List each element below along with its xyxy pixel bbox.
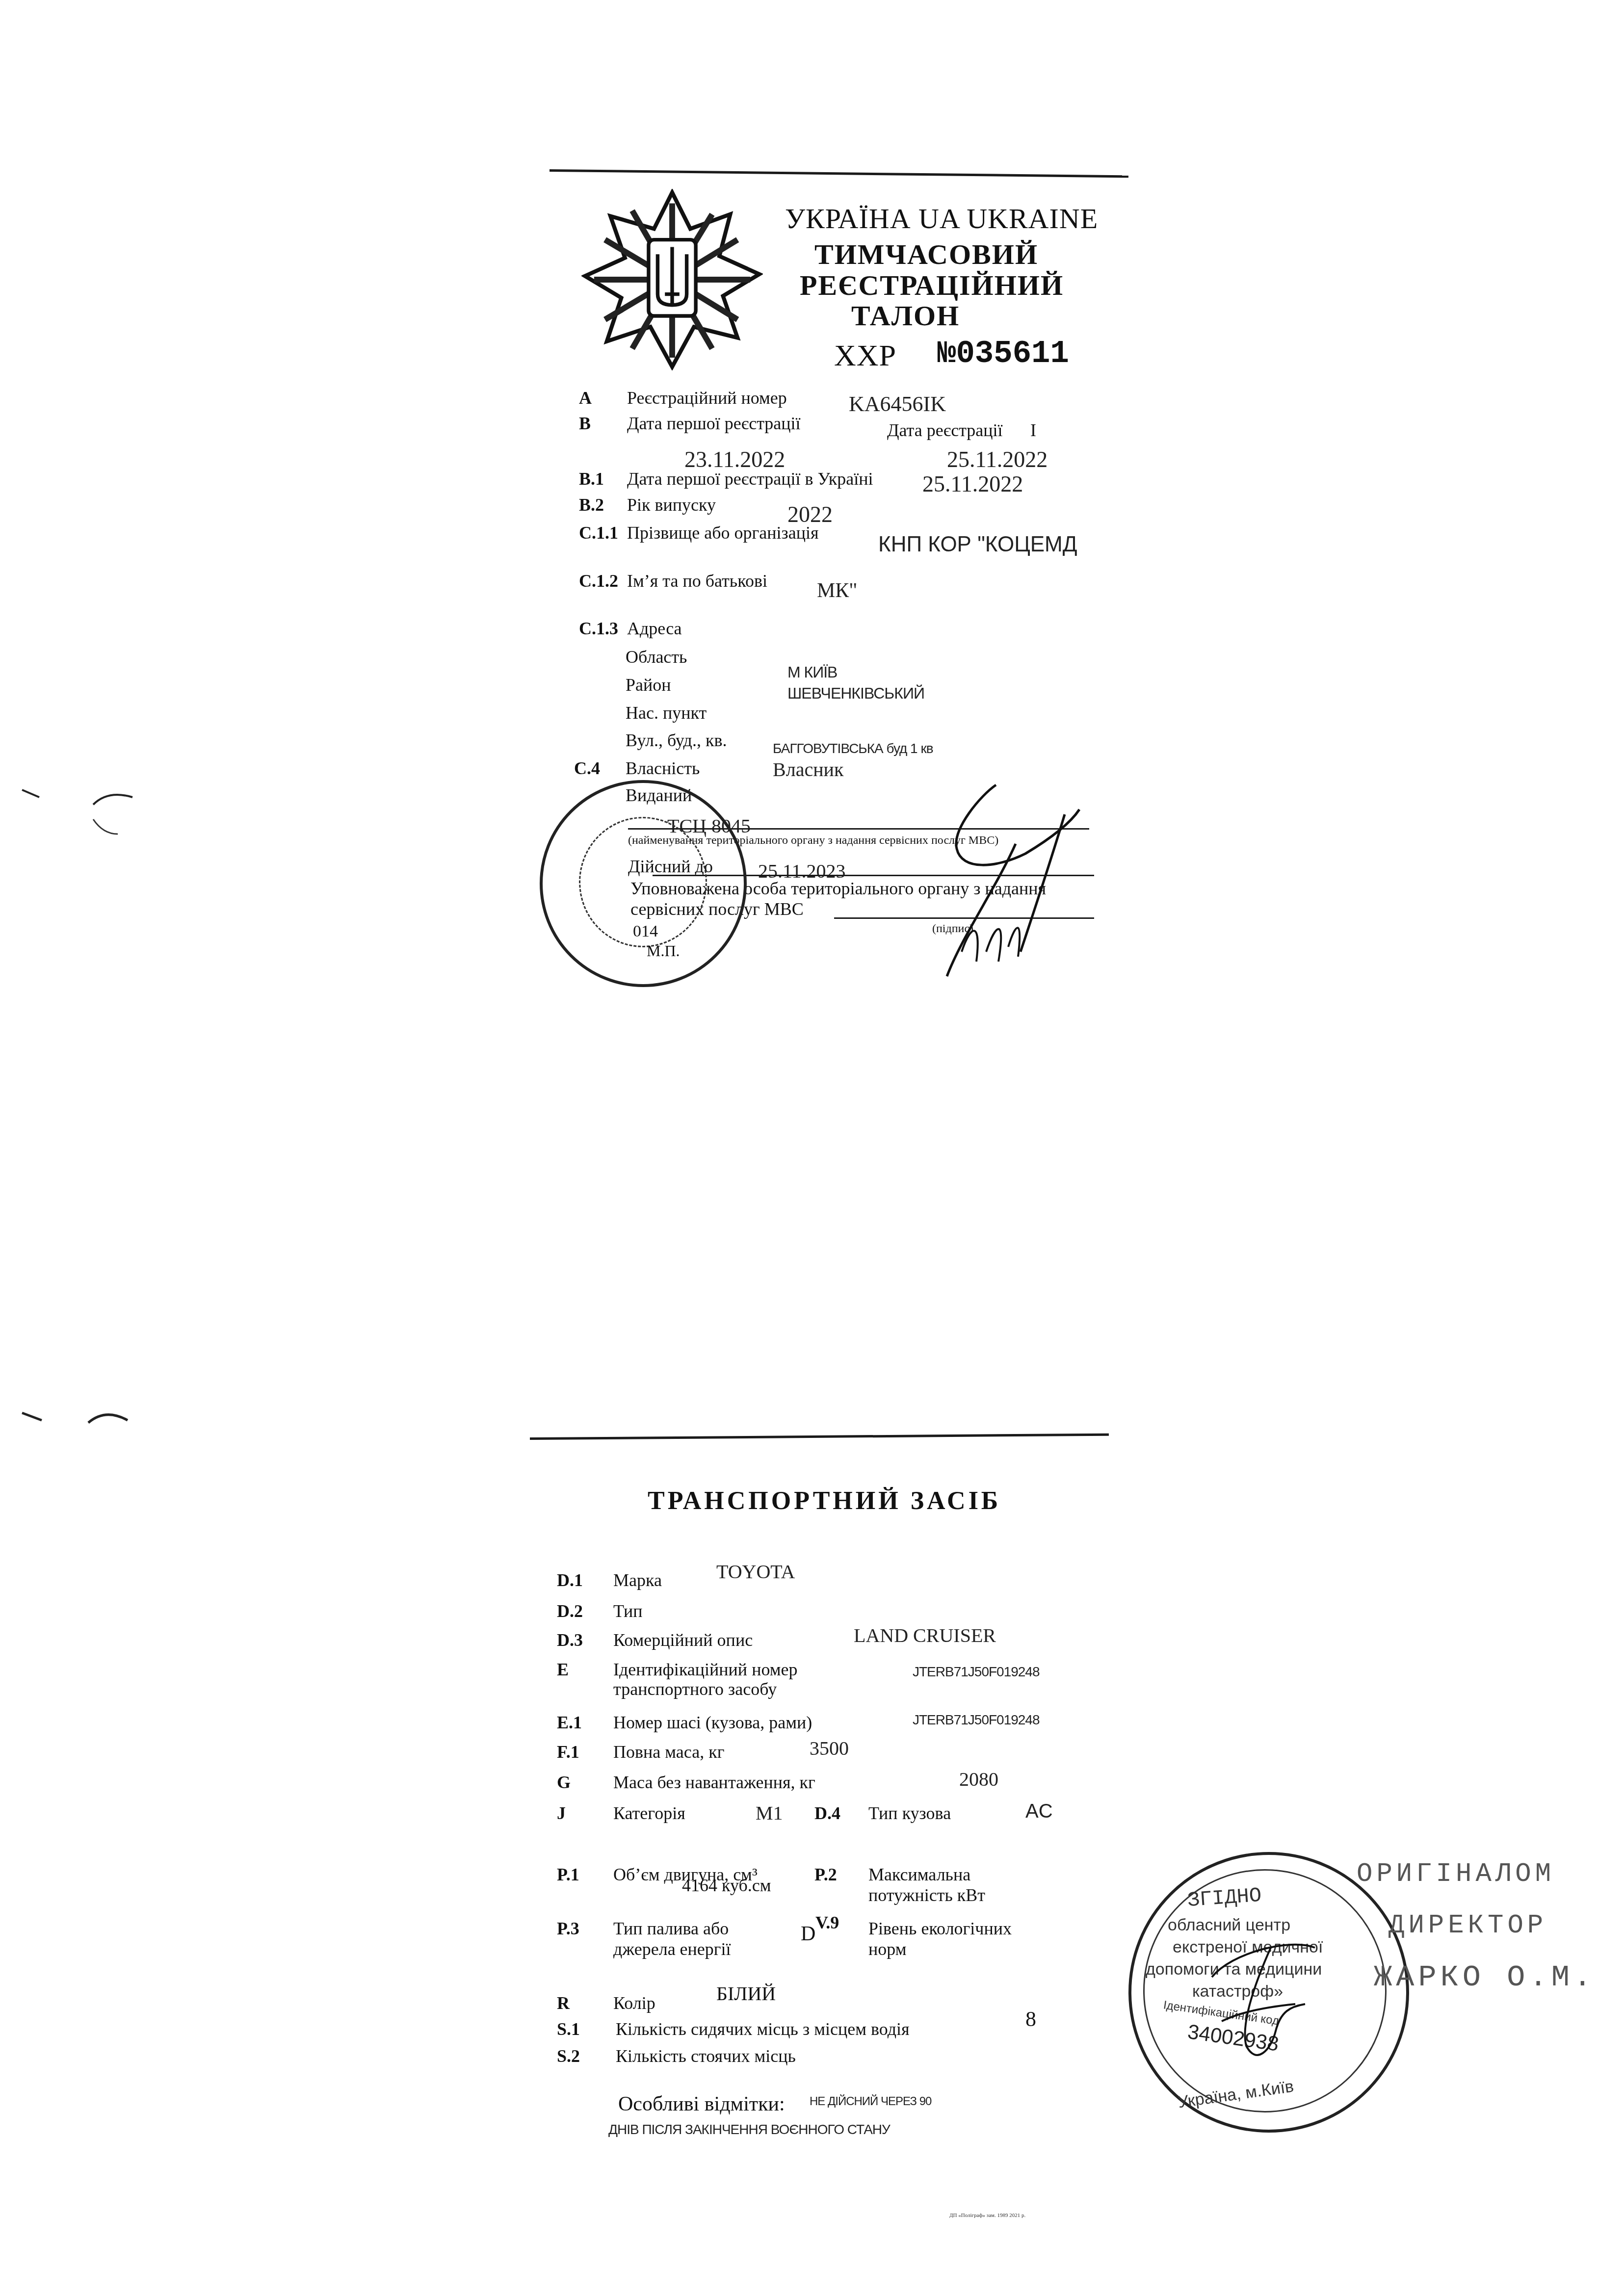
field-code: P.2 — [814, 1864, 837, 1885]
vehicle-make: TOYOTA — [716, 1560, 795, 1583]
field-label-2: Дата реєстрації — [887, 420, 1003, 441]
ownership-type: Власник — [773, 758, 843, 781]
registration-date: 25.11.2022 — [947, 446, 1048, 472]
address-street: БАГГОВУТІВСЬКА буд 1 кв — [773, 741, 933, 756]
field-code: B.2 — [579, 495, 604, 515]
gross-mass: 3500 — [810, 1737, 849, 1760]
certification-name-text: ЖАРКО О.М. — [1374, 1960, 1596, 1995]
first-registration-ukraine-date: 25.11.2022 — [922, 471, 1023, 497]
field-label: Реєстраційний номер — [627, 388, 787, 408]
owner-organization: КНП КОР "КОЦЕМД — [878, 532, 1077, 557]
middle-divider — [530, 1434, 1109, 1440]
title-line-1: ТИМЧАСОВИЙ — [814, 238, 1038, 271]
field-label: Дата першої реєстрації — [627, 413, 801, 434]
field-code: E — [557, 1659, 569, 1680]
certification-director-text: ДИРЕКТОР — [1388, 1911, 1547, 1941]
field-code: S.2 — [557, 2046, 580, 2066]
field-code: J — [557, 1803, 566, 1824]
vehicle-model: LAND CRUISER — [854, 1624, 996, 1647]
address-city: М КИЇВ — [787, 663, 837, 681]
seat-count: 8 — [1025, 2007, 1036, 2032]
curb-mass: 2080 — [959, 1768, 998, 1791]
field-label: Максимальна — [868, 1864, 970, 1885]
chassis-number: JTERB71J50F019248 — [913, 1712, 1040, 1728]
certification-original-text: ОРИГІНАЛОМ — [1357, 1859, 1555, 1889]
field-label: Номер шасі (кузова, рами) — [613, 1712, 812, 1733]
special-marks-label: Особливі відмітки: — [618, 2092, 785, 2116]
field-label: Повна маса, кг — [613, 1742, 724, 1762]
field-label: Тип — [613, 1601, 643, 1621]
fuel-type: D — [801, 1922, 815, 1946]
field-label: Колір — [613, 1993, 655, 2013]
field-code: B.1 — [579, 469, 604, 489]
document-series: ХХР — [834, 339, 896, 373]
field-label: Тип кузова — [868, 1803, 951, 1824]
vehicle-category: M1 — [756, 1801, 783, 1825]
field-label-line2: джерела енергії — [613, 1939, 731, 1959]
field-code: D.3 — [557, 1630, 583, 1650]
field-label: Рік випуску — [627, 495, 716, 515]
engine-volume: 4164 куб.см — [682, 1875, 771, 1896]
field-label: Кількість сидячих місць з місцем водія — [616, 2019, 910, 2039]
field-code: G — [557, 1772, 571, 1793]
field-code: V.9 — [815, 1912, 839, 1933]
field-code: C.1.2 — [579, 571, 618, 591]
field-label: Адреса — [627, 618, 682, 639]
field-code: C.1.1 — [579, 522, 618, 543]
field-label: Рівень екологічних — [868, 1918, 1012, 1939]
field-label-2-suffix: I — [1030, 420, 1036, 441]
trident-emblem-icon — [581, 189, 763, 370]
field-label: Маса без навантаження, кг — [613, 1772, 815, 1793]
vehicle-color: БІЛИЙ — [716, 1982, 776, 2005]
printer-note: ДП «Поліграф» зам. 1989 2021 р. — [949, 2213, 1025, 2218]
field-label: Власність — [626, 758, 700, 779]
field-label-street: Вул., буд., кв. — [626, 730, 727, 751]
field-code: C.4 — [574, 758, 600, 779]
field-label-line2: норм — [868, 1939, 907, 1959]
punch-mark — [20, 1408, 147, 1437]
body-type: AC — [1025, 1800, 1053, 1823]
owner-name: МК" — [817, 579, 858, 602]
field-label: Прізвище або організація — [627, 522, 819, 543]
field-code: D.2 — [557, 1601, 583, 1621]
top-divider — [550, 169, 1128, 178]
signature — [834, 775, 1109, 981]
address-district: ШЕВЧЕНКІВСЬКИЙ — [787, 684, 924, 703]
field-code: D.1 — [557, 1570, 583, 1590]
field-code: D.4 — [814, 1803, 840, 1824]
field-label-settlement: Нас. пункт — [626, 703, 707, 723]
field-code: P.3 — [557, 1918, 579, 1939]
field-label: Марка — [613, 1570, 662, 1590]
field-code: C.1.3 — [579, 618, 618, 639]
field-label: Дата першої реєстрації в Україні — [627, 469, 873, 489]
field-code: B — [579, 413, 591, 434]
vehicle-section-title: ТРАНСПОРТНИЙ ЗАСІБ — [648, 1486, 1001, 1515]
stamp-place-label: М.П. — [647, 942, 680, 960]
field-code: A — [579, 388, 592, 408]
seal-number: 014 — [633, 922, 658, 941]
field-label: Комерційний опис — [613, 1630, 753, 1650]
special-marks-line-1: НЕ ДІЙСНИЙ ЧЕРЕЗ 90 — [810, 2095, 931, 2109]
punch-mark — [20, 785, 147, 844]
field-label-region: Область — [626, 647, 687, 667]
registration-number: KA6456IK — [849, 391, 946, 417]
document-number: №035611 — [937, 337, 1069, 372]
certification-signature — [1192, 1918, 1339, 2065]
field-code: R — [557, 1993, 570, 2013]
field-label: Кількість стоячих місць — [616, 2046, 796, 2066]
field-label: Категорія — [613, 1803, 685, 1824]
field-code: E.1 — [557, 1712, 582, 1733]
field-label-line2: транспортного засобу — [613, 1679, 777, 1699]
field-label-district: Район — [626, 675, 671, 695]
title-line-2: РЕЄСТРАЦІЙНИЙ — [800, 269, 1064, 302]
field-label: Тип палива або — [613, 1918, 729, 1939]
vin-number: JTERB71J50F019248 — [913, 1664, 1040, 1680]
field-code: P.1 — [557, 1864, 579, 1885]
special-marks-line-2: ДНІВ ПІСЛЯ ЗАКІНЧЕННЯ ВОЄННОГО СТАНУ — [608, 2122, 890, 2138]
field-label: Ім’я та по батькові — [627, 571, 767, 591]
title-line-3: ТАЛОН — [851, 299, 960, 332]
field-label-line2: потужність кВт — [868, 1885, 985, 1905]
field-label: Ідентифікаційний номер — [613, 1659, 797, 1680]
field-code: S.1 — [557, 2019, 580, 2039]
field-code: F.1 — [557, 1742, 579, 1762]
country-line: УКРАЇНА UA UKRAINE — [785, 202, 1098, 235]
